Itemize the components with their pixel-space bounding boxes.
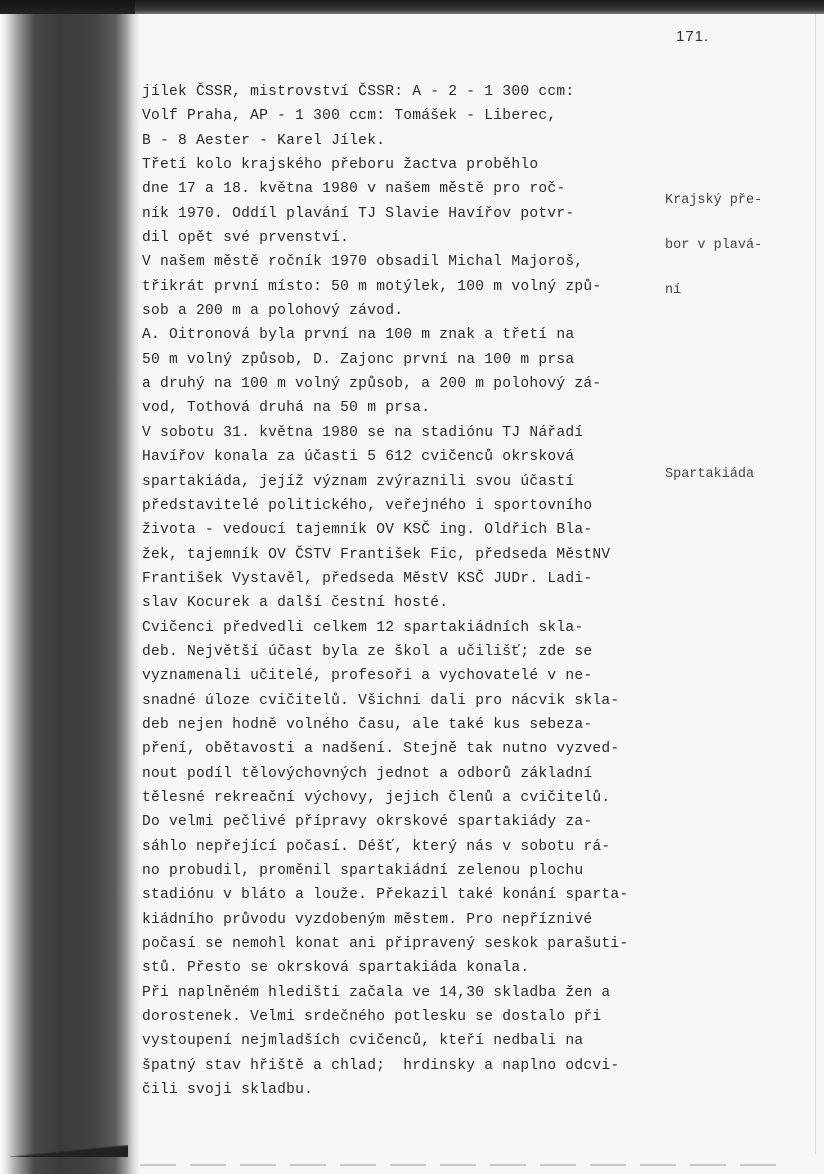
book-binding-bottom-shadow bbox=[10, 1145, 128, 1157]
text-line: deb. Největší účast byla ze škol a učili… bbox=[142, 640, 682, 664]
text-line: představitelé politického, veřejného i s… bbox=[142, 494, 682, 518]
text-line: Třetí kolo krajského přeboru žactva prob… bbox=[142, 153, 682, 177]
text-line: dil opět své prvenství. bbox=[142, 226, 682, 250]
text-line: V sobotu 31. května 1980 se na stadiónu … bbox=[142, 421, 682, 445]
text-line: František Vystavěl, předseda MěstV KSČ J… bbox=[142, 567, 682, 591]
page-number: 171. bbox=[676, 28, 709, 45]
margin-note-krajsky-prebor: Krajský pře- bor v plavá- ní bbox=[665, 163, 815, 313]
text-line: spartakiáda, jejíž význam zvýraznili svo… bbox=[142, 470, 682, 494]
text-line: Při naplněném hledišti začala ve 14,30 s… bbox=[142, 981, 682, 1005]
margin-note-line: Spartakiáda bbox=[665, 467, 815, 482]
text-line: no probudil, proměnil spartakiádní zelen… bbox=[142, 859, 682, 883]
margin-note-line: ní bbox=[665, 283, 815, 298]
text-line: Cvičenci předvedli celkem 12 spartakiádn… bbox=[142, 616, 682, 640]
page-bottom-edge bbox=[140, 1164, 780, 1166]
text-line: špatný stav hřiště a chlad; hrdinsky a n… bbox=[142, 1054, 682, 1078]
page-right-edge bbox=[815, 14, 816, 1154]
text-line: B - 8 Aester - Karel Jílek. bbox=[142, 129, 682, 153]
text-line: snadné úloze cvičitelů. Všichni dali pro… bbox=[142, 689, 682, 713]
text-line: nout podíl tělovýchovných jednot a odbor… bbox=[142, 762, 682, 786]
text-line: vystoupení nejmladších cvičenců, kteří n… bbox=[142, 1029, 682, 1053]
text-line: Havířov konala za účasti 5 612 cvičenců … bbox=[142, 445, 682, 469]
text-line: čili svoji skladbu. bbox=[142, 1078, 682, 1102]
text-line: A. Oitronová byla první na 100 m znak a … bbox=[142, 323, 682, 347]
text-line: dne 17 a 18. května 1980 v našem městě p… bbox=[142, 177, 682, 201]
text-line: tělesné rekreační výchovy, jejich členů … bbox=[142, 786, 682, 810]
text-line: jílek ČSSR, mistrovství ČSSR: A - 2 - 1 … bbox=[142, 80, 682, 104]
typewritten-body-text: jílek ČSSR, mistrovství ČSSR: A - 2 - 1 … bbox=[142, 80, 682, 1102]
book-binding-shadow bbox=[0, 14, 140, 1174]
text-line: počasí se nemohl konat ani připravený se… bbox=[142, 932, 682, 956]
text-line: ník 1970. Oddíl plavání TJ Slavie Havířo… bbox=[142, 202, 682, 226]
text-line: V našem městě ročník 1970 obsadil Michal… bbox=[142, 250, 682, 274]
text-line: Do velmi pečlivé přípravy okrskové spart… bbox=[142, 810, 682, 834]
text-line: kiádního průvodu vyzdobeným městem. Pro … bbox=[142, 908, 682, 932]
text-line: života - vedoucí tajemník OV KSČ ing. Ol… bbox=[142, 518, 682, 542]
text-line: třikrát první místo: 50 m motýlek, 100 m… bbox=[142, 275, 682, 299]
text-line: žek, tajemník OV ČSTV František Fic, pře… bbox=[142, 543, 682, 567]
text-line: Volf Praha, AP - 1 300 ccm: Tomášek - Li… bbox=[142, 104, 682, 128]
text-line: sob a 200 m a polohový závod. bbox=[142, 299, 682, 323]
text-line: 50 m volný způsob, D. Zajonc první na 10… bbox=[142, 348, 682, 372]
text-line: pření, obětavosti a nadšení. Stejně tak … bbox=[142, 737, 682, 761]
text-line: sáhlo nepřející počasí. Déšť, který nás … bbox=[142, 835, 682, 859]
text-line: vod, Tothová druhá na 50 m prsa. bbox=[142, 396, 682, 420]
text-line: deb nejen hodně volného času, ale také k… bbox=[142, 713, 682, 737]
margin-note-line: Krajský pře- bbox=[665, 193, 815, 208]
margin-note-spartakiada: Spartakiáda bbox=[665, 437, 815, 497]
text-line: stadiónu v bláto a louže. Překazil také … bbox=[142, 883, 682, 907]
text-line: stů. Přesto se okrsková spartakiáda kona… bbox=[142, 956, 682, 980]
text-line: dorostenek. Velmi srdečného potlesku se … bbox=[142, 1005, 682, 1029]
margin-note-line: bor v plavá- bbox=[665, 238, 815, 253]
text-line: a druhý na 100 m volný způsob, a 200 m p… bbox=[142, 372, 682, 396]
text-line: slav Kocurek a další čestní hosté. bbox=[142, 591, 682, 615]
text-line: vyznamenali učitelé, profesoři a vychova… bbox=[142, 664, 682, 688]
